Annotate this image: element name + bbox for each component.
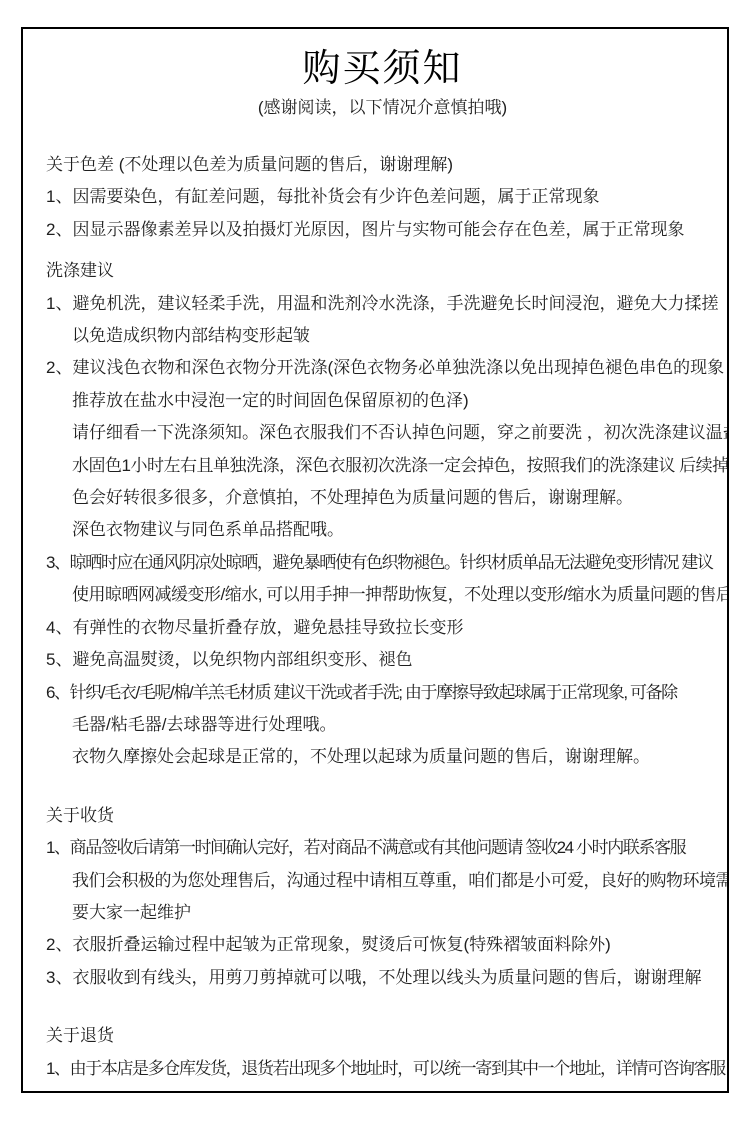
notice-line: 水固色1小时左右且单独洗涤，深色衣服初次洗涤一定会掉色，按照我们的洗涤建议 后续… <box>46 450 719 482</box>
notice-line: 衣物久摩擦处会起球是正常的，不处理以起球为质量问题的售后，谢谢理解。 <box>46 741 719 773</box>
notice-line: 要大家一起维护 <box>46 897 719 929</box>
notice-line: 使用晾晒网减缓变形/缩水, 可以用手抻一抻帮助恢复，不处理以变形/缩水为质量问题… <box>46 579 719 611</box>
notice-line: 5、避免高温熨烫，以免织物内部组织变形、褪色 <box>46 644 719 676</box>
section-receiving: 关于收货 1、商品签收后请第一时间确认完好，若对商品不满意或有其他问题请 签收2… <box>46 800 719 994</box>
section-heading-color-difference: 关于色差 (不处理以色差为质量问题的售后，谢谢理解) <box>46 149 719 181</box>
section-heading-returns: 关于退货 <box>46 1020 719 1052</box>
notice-line: 我们会积极的为您处理售后，沟通过程中请相互尊重，咱们都是小可爱，良好的购物环境需 <box>46 865 719 897</box>
notice-line: 3、衣服收到有线头，用剪刀剪掉就可以哦，不处理以线头为质量问题的售后，谢谢理解 <box>46 962 719 994</box>
notice-line: 请仔细看一下洗涤须知。深色衣服我们不否认掉色问题，穿之前要洗 ，初次洗涤建议温盐 <box>46 417 719 449</box>
notice-line: 1、商品签收后请第一时间确认完好，若对商品不满意或有其他问题请 签收24 小时内… <box>46 832 719 864</box>
notice-header: 购买须知 (感谢阅读，以下情况介意慎拍哦) <box>46 45 719 121</box>
section-color-difference: 关于色差 (不处理以色差为质量问题的售后，谢谢理解) 1、因需要染色，有缸差问题… <box>46 149 719 246</box>
notice-line: 6、针织/毛衣/毛呢/棉/羊羔毛材质 建议干洗或者手洗; 由于摩擦导致起球属于正… <box>46 677 719 709</box>
notice-line: 2、因显示器像素差异以及拍摄灯光原因，图片与实物可能会存在色差，属于正常现象 <box>46 214 719 246</box>
section-heading-washing-advice: 洗涤建议 <box>46 255 719 287</box>
notice-card: 购买须知 (感谢阅读，以下情况介意慎拍哦) 关于色差 (不处理以色差为质量问题的… <box>21 27 729 1093</box>
notice-line: 推荐放在盐水中浸泡一定的时间固色保留原初的色泽) <box>46 385 719 417</box>
notice-line: 1、避免机洗，建议轻柔手洗，用温和洗剂冷水洗涤，手洗避免长时间浸泡，避免大力揉搓 <box>46 288 719 320</box>
section-returns: 关于退货 1、由于本店是多仓库发货，退货若出现多个地址时，可以统一寄到其中一个地… <box>46 1020 719 1085</box>
purchase-notice-page: 购买须知 (感谢阅读，以下情况介意慎拍哦) 关于色差 (不处理以色差为质量问题的… <box>0 0 750 1131</box>
notice-line: 1、因需要染色，有缸差问题，每批补货会有少许色差问题，属于正常现象 <box>46 181 719 213</box>
notice-line: 1、由于本店是多仓库发货，退货若出现多个地址时，可以统一寄到其中一个地址，详情可… <box>46 1053 719 1085</box>
notice-line: 2、衣服折叠运输过程中起皱为正常现象，熨烫后可恢复(特殊褶皱面料除外) <box>46 929 719 961</box>
page-subtitle: (感谢阅读，以下情况介意慎拍哦) <box>46 95 719 121</box>
notice-line: 毛器/粘毛器/去球器等进行处理哦。 <box>46 709 719 741</box>
notice-line: 3、晾晒时应在通风阴凉处晾晒，避免暴晒使有色织物褪色。针织材质单品无法避免变形情… <box>46 547 719 579</box>
notice-line: 2、建议浅色衣物和深色衣物分开洗涤(深色衣物务必单独洗涤以免出现掉色褪色串色的现… <box>46 352 719 384</box>
notice-line: 深色衣物建议与同色系单品搭配哦。 <box>46 514 719 546</box>
page-title: 购买须知 <box>46 45 719 93</box>
section-washing-advice: 洗涤建议 1、避免机洗，建议轻柔手洗，用温和洗剂冷水洗涤，手洗避免长时间浸泡，避… <box>46 255 719 774</box>
section-heading-receiving: 关于收货 <box>46 800 719 832</box>
notice-line: 4、有弹性的衣物尽量折叠存放，避免悬挂导致拉长变形 <box>46 612 719 644</box>
notice-line: 色会好转很多很多，介意慎拍，不处理掉色为质量问题的售后，谢谢理解。 <box>46 482 719 514</box>
notice-line: 以免造成织物内部结构变形起皱 <box>46 320 719 352</box>
